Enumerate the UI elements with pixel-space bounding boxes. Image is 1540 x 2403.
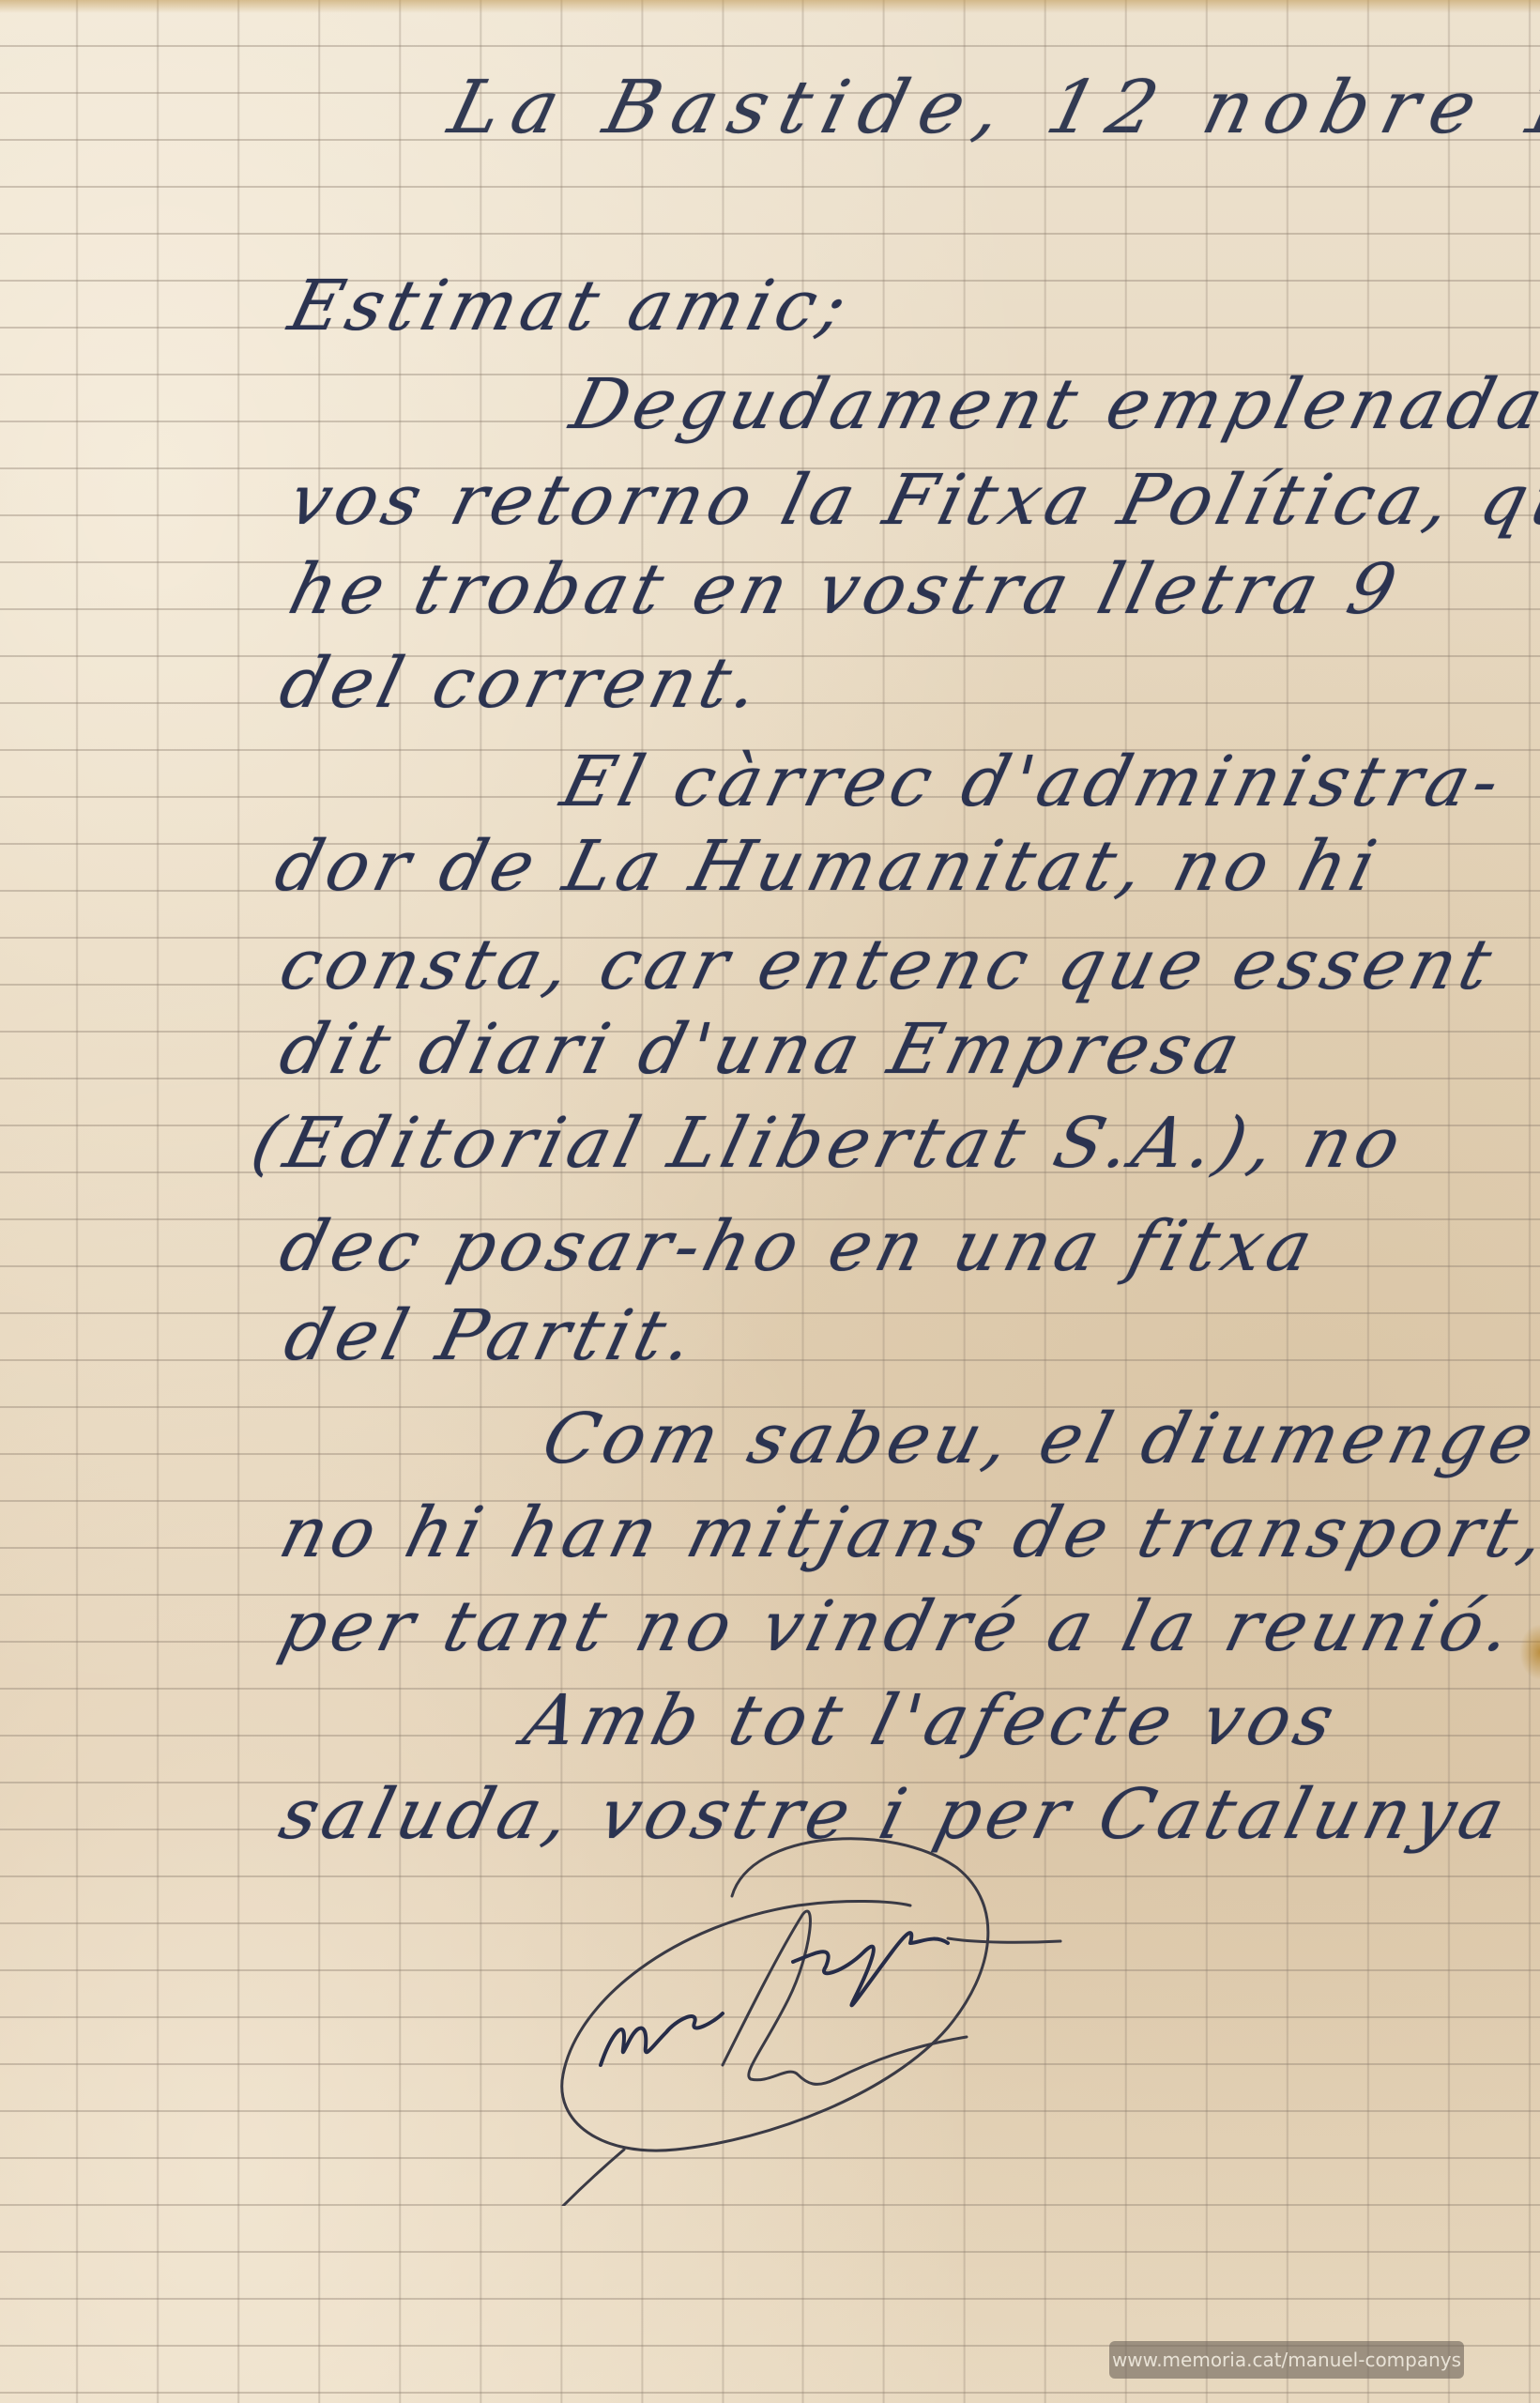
body-line: Amb tot l'afecte vos bbox=[516, 1680, 1348, 1761]
body-line: dor de La Humanitat, no hi bbox=[267, 826, 1389, 907]
place-date: La Bastide, 12 nobre 1945 bbox=[441, 66, 1540, 150]
body-line: (Editorial Llibertat S.A.), no bbox=[244, 1103, 1414, 1184]
body-line: dec posar-ho en una fitxa bbox=[272, 1206, 1325, 1287]
body-line: Degudament emplenada bbox=[563, 364, 1540, 445]
salutation: Estimat amic; bbox=[282, 266, 861, 346]
body-line: dit diari d'una Empresa bbox=[272, 1009, 1253, 1090]
body-line: no hi han mitjans de transport, i bbox=[272, 1492, 1540, 1573]
signature bbox=[535, 1812, 1286, 2206]
body-line: vos retorno la Fitxa Política, que bbox=[282, 460, 1540, 541]
body-line: he trobat en vostra lletra 9 bbox=[282, 549, 1410, 630]
watermark: www.memoria.cat/manuel-companys bbox=[1109, 2341, 1464, 2379]
body-line: Com sabeu, el diumenge bbox=[535, 1399, 1540, 1479]
body-line: El càrrec d'administra- bbox=[554, 742, 1513, 822]
body-line: consta, car entenc que essent bbox=[272, 925, 1504, 1005]
body-line: per tant no vindré a la reunió. bbox=[272, 1586, 1525, 1667]
body-line: del corrent. bbox=[272, 643, 772, 724]
body-line: del Partit. bbox=[277, 1295, 707, 1376]
